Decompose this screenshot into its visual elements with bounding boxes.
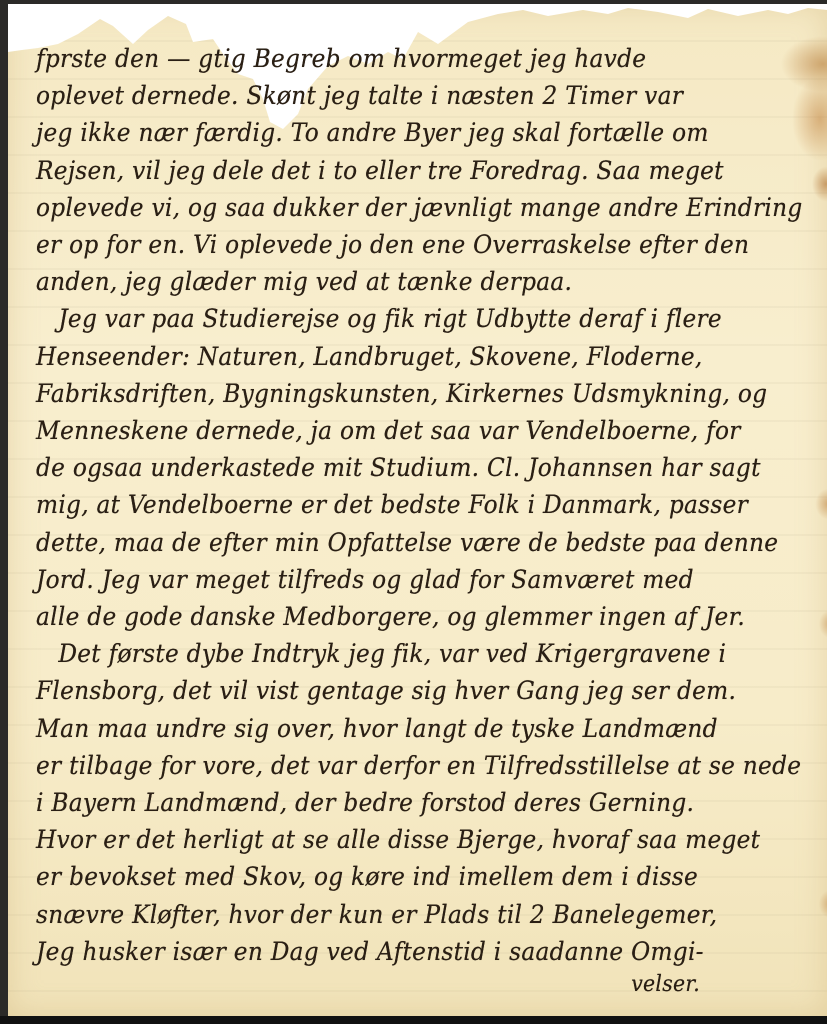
text-line: Fabriksdriften, Bygningskunsten, Kirkern… [36,375,744,412]
text-line: Menneskene dernede, ja om det saa var Ve… [36,412,744,449]
text-line: de ogsaa underkastede mit Studium. Cl. J… [36,449,744,486]
text-line-continuation: velser. [36,970,744,1000]
text-line: mig, at Vendelboerne er det bedste Folk … [36,486,744,523]
text-line: Jeg husker især en Dag ved Aftenstid i s… [36,933,744,970]
text-line: er op for en. Vi oplevede jo den ene Ove… [36,226,744,263]
text-line: snævre Kløfter, hvor der kun er Plads ti… [36,896,744,933]
letter-page: fprste den — gtig Begreb om hvormeget je… [8,4,827,1016]
text-line: fprste den — gtig Begreb om hvormeget je… [36,40,744,77]
text-line: dette, maa de efter min Opfattelse være … [36,524,744,561]
scan-border-bottom [0,1016,827,1024]
text-line: Det første dybe Indtryk jeg fik, var ved… [36,635,744,672]
text-line: jeg ikke nær færdig. To andre Byer jeg s… [36,114,744,151]
text-line: Flensborg, det vil vist gentage sig hver… [36,672,744,709]
text-line: Jord. Jeg var meget tilfreds og glad for… [36,561,744,598]
handwritten-text-body: fprste den — gtig Begreb om hvormeget je… [36,40,797,1000]
text-line: oplevet dernede. Skønt jeg talte i næste… [36,77,744,114]
text-line: anden, jeg glæder mig ved at tænke derpa… [36,263,744,300]
text-line: Jeg var paa Studierejse og fik rigt Udby… [36,300,744,337]
text-line: alle de gode danske Medborgere, og glemm… [36,598,744,635]
text-line: i Bayern Landmænd, der bedre forstod der… [36,784,744,821]
text-line: Henseender: Naturen, Landbruget, Skovene… [36,338,744,375]
text-line: Hvor er det herligt at se alle disse Bje… [36,821,744,858]
text-line: er tilbage for vore, det var derfor en T… [36,747,744,784]
text-line: Rejsen, vil jeg dele det i to eller tre … [36,152,744,189]
text-line: oplevede vi, og saa dukker der jævnligt … [36,189,744,226]
text-line: er bevokset med Skov, og køre ind imelle… [36,858,744,895]
text-line: Man maa undre sig over, hvor langt de ty… [36,710,744,747]
